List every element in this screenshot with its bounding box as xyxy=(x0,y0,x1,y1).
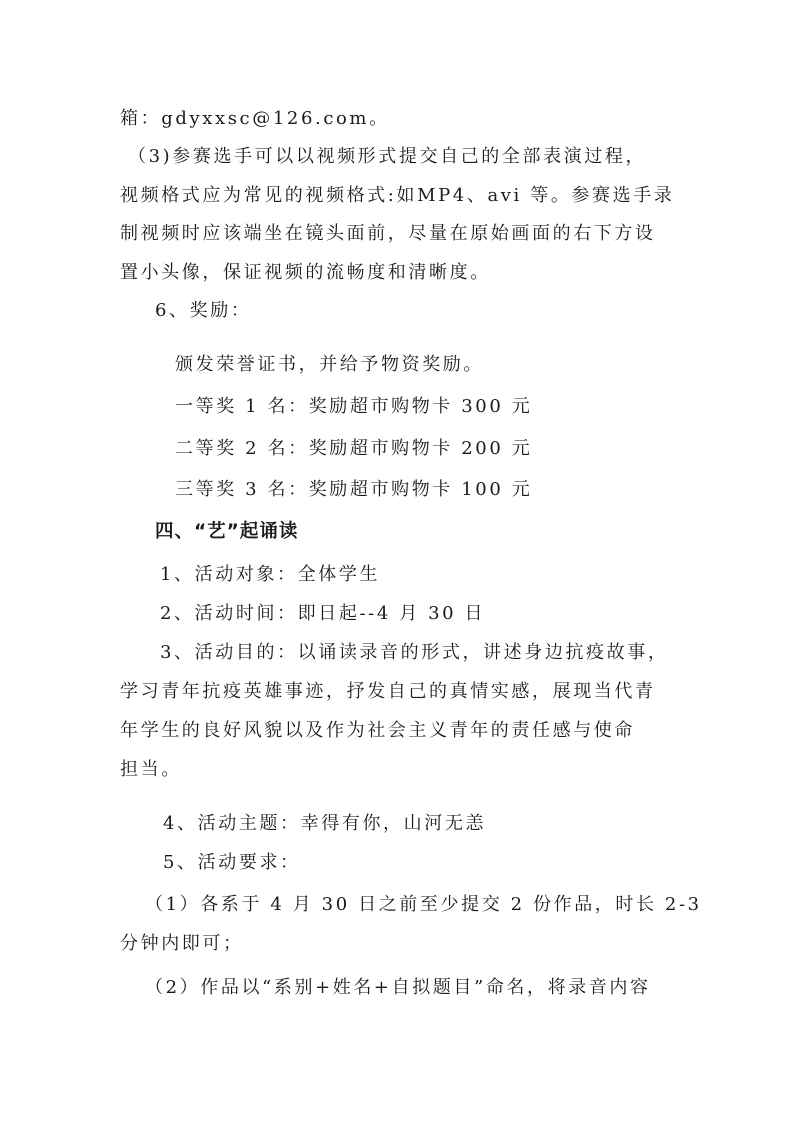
section-4-purpose-line-4: 担当。 xyxy=(120,758,182,782)
section-4-purpose-line-2: 学习青年抗疫英雄事迹，抒发自己的真情实感，展现当代青 xyxy=(120,680,656,704)
section-4-theme: 4、活动主题：幸得有你，山河无恙 xyxy=(163,812,486,836)
reward-third-prize: 三等奖 3 名：奖励超市购物卡 100 元 xyxy=(175,478,532,502)
reward-title: 6、奖励： xyxy=(155,299,251,323)
section-4-target: 1、活动对象：全体学生 xyxy=(160,563,380,587)
reward-second-prize: 二等奖 2 名：奖励超市购物卡 200 元 xyxy=(175,437,532,461)
requirement-3-line-1: （3)参赛选手可以以视频形式提交自己的全部表演过程， xyxy=(128,145,646,169)
section-4-purpose-line-3: 年学生的良好风貌以及作为社会主义青年的责任感与使命 xyxy=(120,719,635,743)
section-4-requirement-2-line-1: （2）作品以“系别+姓名+自拟题目”命名，将录音内容 xyxy=(145,976,651,1000)
requirement-3-line-2: 视频格式应为常见的视频格式:如MP4、avi 等。参赛选手录 xyxy=(120,184,674,208)
reward-first-prize: 一等奖 1 名：奖励超市购物卡 300 元 xyxy=(175,395,532,419)
section-4-requirement-1-line-1: （1）各系于 4 月 30 日之前至少提交 2 份作品，时长 2-3 xyxy=(145,893,702,917)
section-4-purpose-line-1: 3、活动目的：以诵读录音的形式，讲述身边抗疫故事， xyxy=(160,641,668,665)
requirement-3-line-3: 制视频时应该端坐在镜头面前，尽量在原始画面的右下方设 xyxy=(120,222,656,246)
reward-description: 颁发荣誉证书，并给予物资奖励。 xyxy=(175,353,484,377)
document-page: 箱：gdyxxsc@126.com。 （3)参赛选手可以以视频形式提交自己的全部… xyxy=(0,0,794,1123)
email-line: 箱：gdyxxsc@126.com。 xyxy=(120,107,390,131)
section-4-requirements-title: 5、活动要求： xyxy=(163,851,301,875)
section-4-requirement-1-line-2: 分钟内即可； xyxy=(120,932,244,956)
section-4-time: 2、活动时间：即日起--4 月 30 日 xyxy=(160,602,485,626)
requirement-3-line-4: 置小头像，保证视频的流畅度和清晰度。 xyxy=(120,261,491,285)
section-4-heading: 四、“艺”起诵读 xyxy=(155,520,298,544)
